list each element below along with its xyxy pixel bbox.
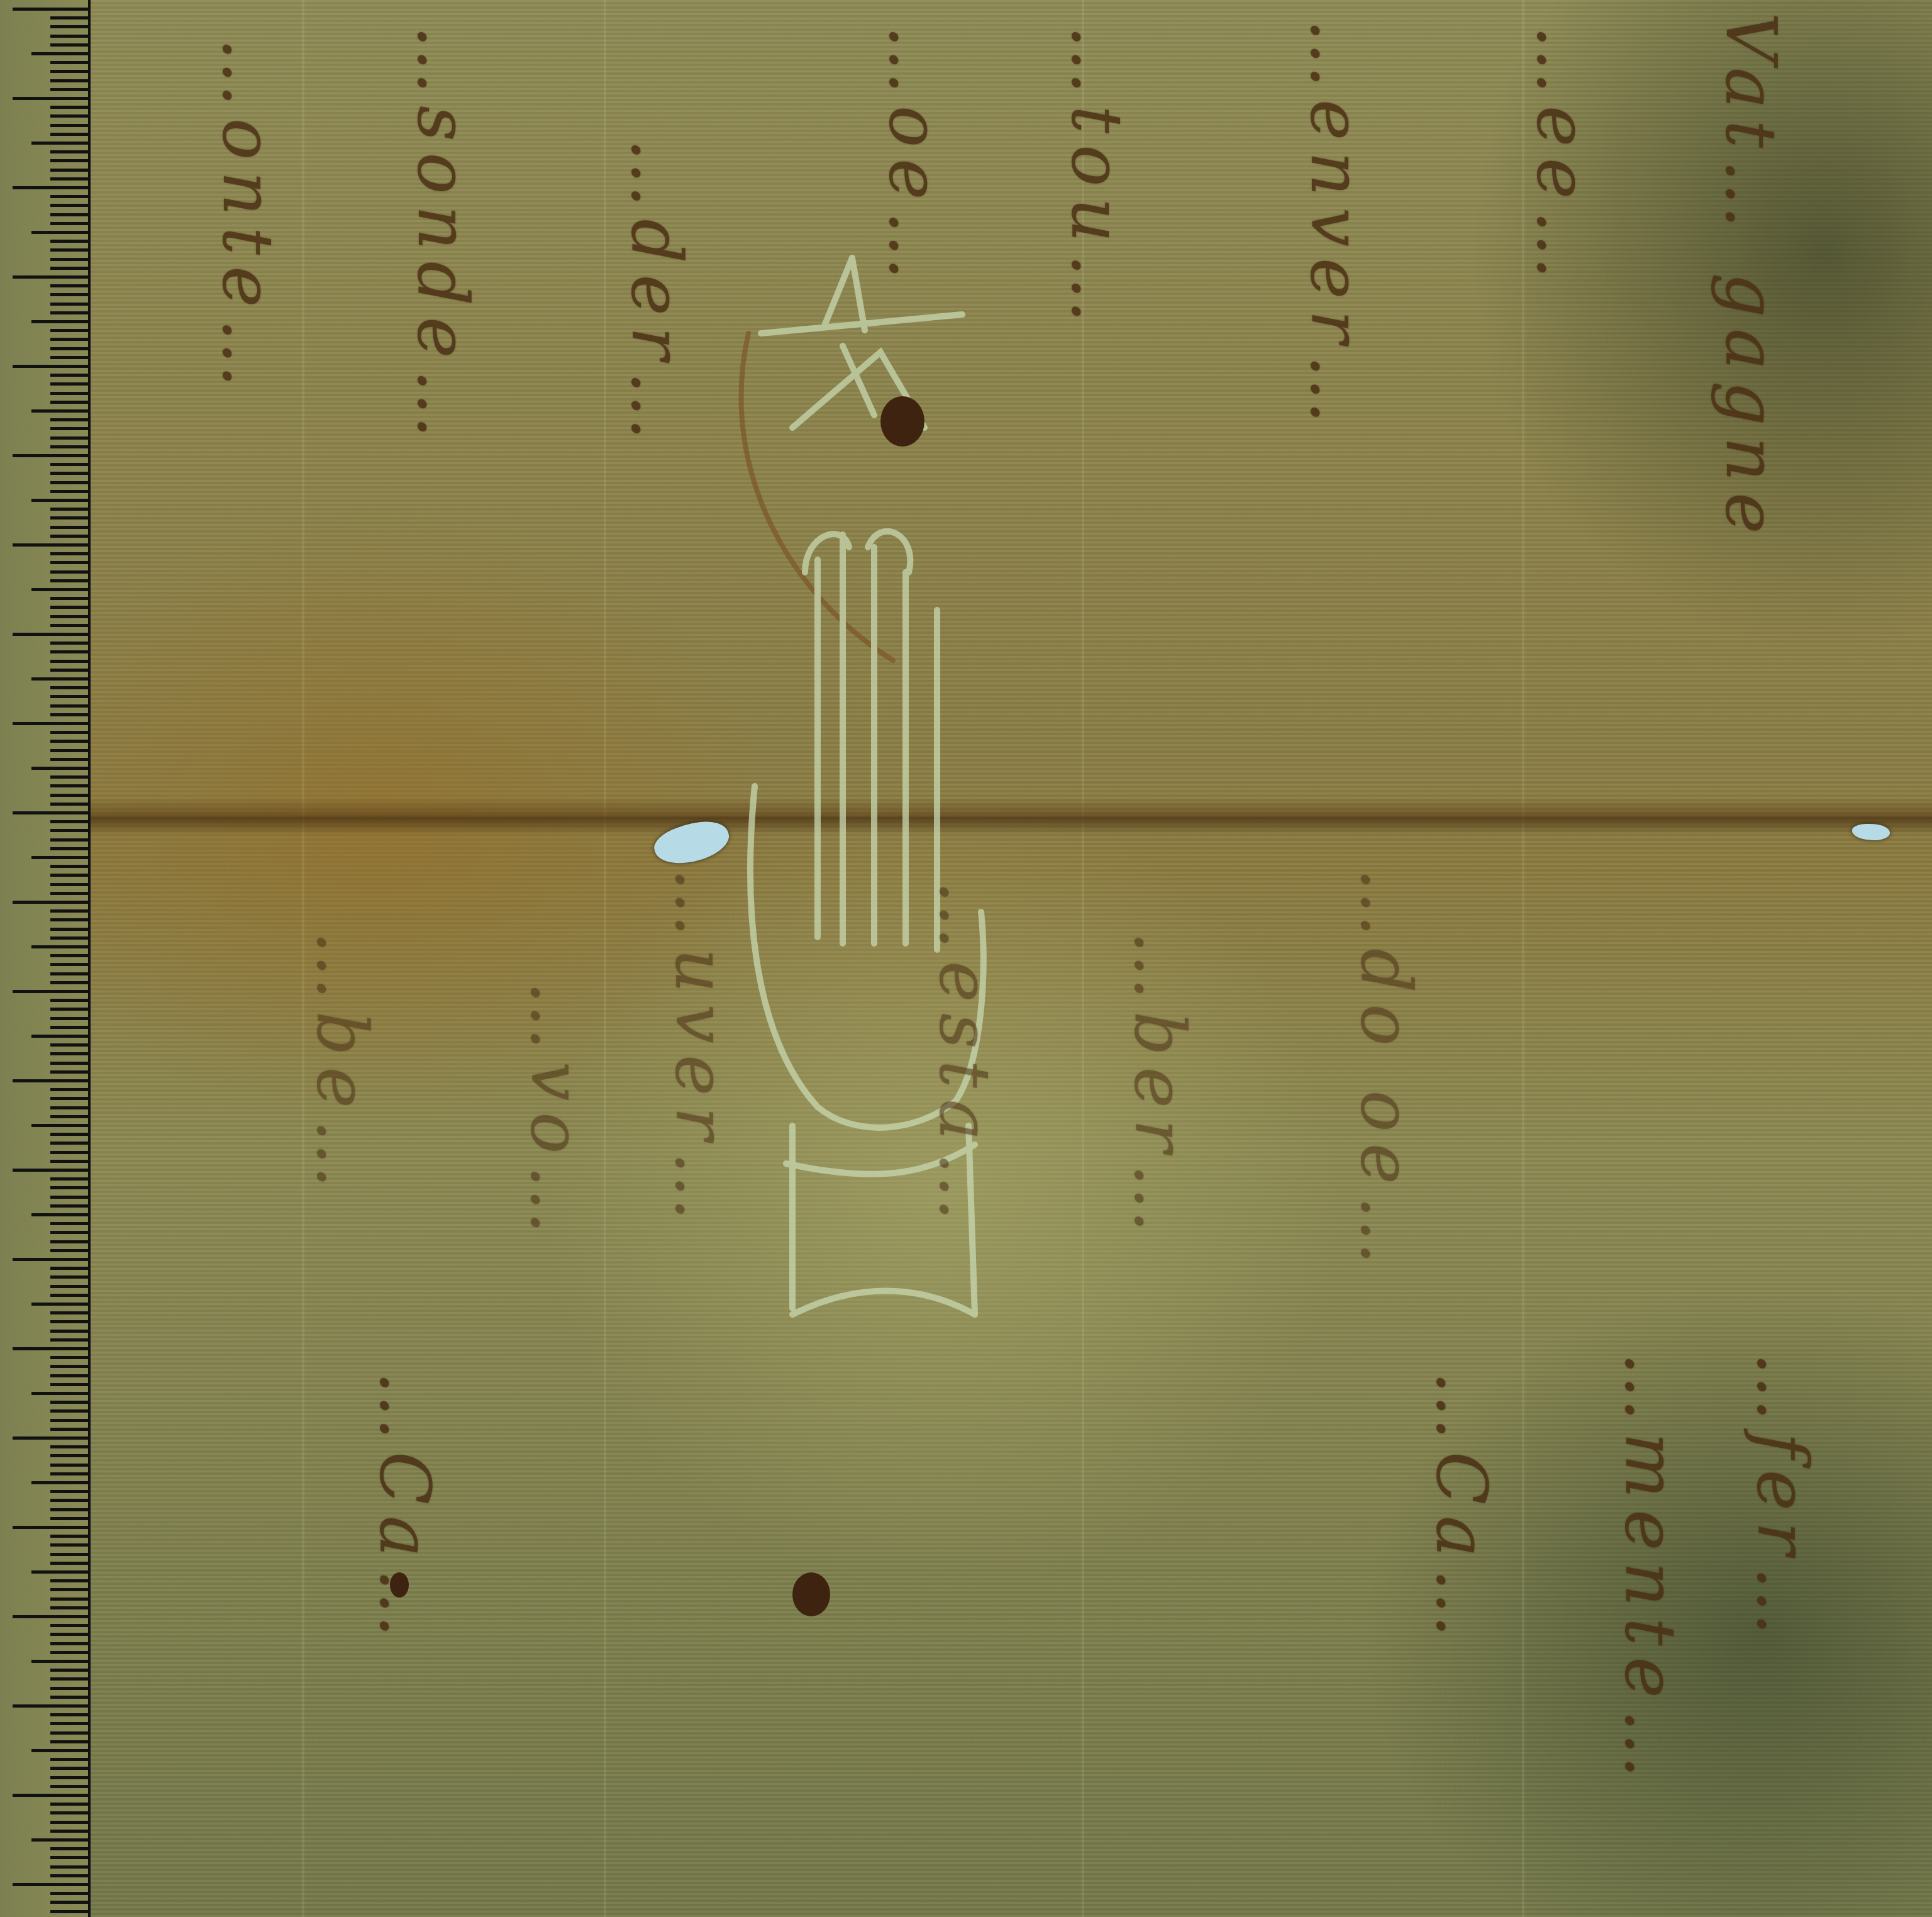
ruler-tick bbox=[31, 1124, 88, 1127]
ruler-tick bbox=[31, 588, 88, 591]
ruler-tick bbox=[50, 570, 88, 574]
ruler-tick bbox=[50, 1588, 88, 1591]
ruler-tick bbox=[50, 418, 88, 421]
ruler-tick bbox=[50, 1642, 88, 1645]
ruler-tick bbox=[13, 1079, 88, 1082]
ruler-tick bbox=[50, 1669, 88, 1672]
ruler-tick bbox=[50, 401, 88, 404]
ruler-tick bbox=[50, 356, 88, 359]
ruler-tick bbox=[50, 258, 88, 261]
manuscript-line: …do oe… bbox=[1346, 868, 1426, 1276]
ruler-tick bbox=[50, 1151, 88, 1154]
ruler-tick bbox=[13, 8, 88, 11]
ruler-tick bbox=[13, 1258, 88, 1261]
ruler-tick bbox=[50, 1553, 88, 1556]
ruler-tick bbox=[13, 1347, 88, 1350]
ruler-tick bbox=[50, 1740, 88, 1743]
ruler-tick bbox=[50, 43, 88, 47]
manuscript-line: …ee… bbox=[1522, 25, 1602, 291]
ruler-tick bbox=[50, 1696, 88, 1699]
ruler-tick bbox=[50, 508, 88, 511]
ruler-tick bbox=[50, 1043, 88, 1047]
ruler-tick bbox=[50, 1910, 88, 1913]
ruler-tick bbox=[13, 990, 88, 993]
ruler-tick bbox=[50, 347, 88, 350]
ruler-tick bbox=[50, 1160, 88, 1163]
ruler-tick bbox=[50, 1311, 88, 1314]
ruler-tick bbox=[50, 865, 88, 868]
manuscript-line: …tou… bbox=[1057, 25, 1137, 334]
ruler-tick bbox=[13, 454, 88, 457]
ruler-tick bbox=[31, 767, 88, 770]
ruler-tick bbox=[50, 1204, 88, 1208]
chain-line bbox=[604, 0, 606, 1917]
ruler-tick bbox=[31, 945, 88, 948]
ruler-tick bbox=[50, 1847, 88, 1850]
ruler-tick bbox=[50, 1365, 88, 1368]
ruler-tick bbox=[50, 1517, 88, 1520]
ruler-tick bbox=[50, 650, 88, 653]
ruler-tick bbox=[50, 758, 88, 761]
ruler-tick bbox=[50, 204, 88, 207]
manuscript-line: …onte… bbox=[208, 38, 288, 399]
ruler-tick bbox=[50, 561, 88, 564]
ruler-tick bbox=[50, 642, 88, 645]
ruler-tick bbox=[13, 1526, 88, 1529]
ruler-tick bbox=[50, 1767, 88, 1770]
ruler-tick bbox=[50, 133, 88, 136]
ruler-tick bbox=[50, 150, 88, 153]
ruler-tick bbox=[50, 526, 88, 529]
ruler-tick bbox=[50, 1267, 88, 1270]
ruler-tick bbox=[50, 794, 88, 797]
ruler-tick bbox=[31, 1838, 88, 1842]
ruler-tick bbox=[50, 909, 88, 913]
ruler-tick bbox=[50, 1758, 88, 1761]
ruler-tick bbox=[50, 1865, 88, 1869]
ruler-tick bbox=[50, 1633, 88, 1636]
ruler-tick bbox=[50, 79, 88, 82]
ruler-tick bbox=[13, 186, 88, 189]
ruler-tick bbox=[50, 686, 88, 689]
ruler-tick bbox=[50, 1651, 88, 1654]
ruler-tick bbox=[50, 936, 88, 940]
ruler-tick bbox=[31, 1570, 88, 1574]
ruler-tick bbox=[50, 1383, 88, 1386]
ruler-tick bbox=[50, 61, 88, 64]
ruler-tick bbox=[13, 722, 88, 725]
ruler-tick bbox=[50, 445, 88, 448]
ruler-tick bbox=[50, 1606, 88, 1609]
ruler-tick bbox=[50, 535, 88, 538]
ruler-tick bbox=[31, 409, 88, 413]
ruler-tick bbox=[50, 284, 88, 287]
manuscript-line: Vat… gagne bbox=[1711, 13, 1791, 545]
ruler-tick bbox=[31, 1035, 88, 1038]
ruler-tick bbox=[50, 1562, 88, 1565]
manuscript-line: …be… bbox=[302, 931, 382, 1200]
ruler-tick bbox=[50, 731, 88, 734]
ruler-tick bbox=[13, 1169, 88, 1172]
ruler-tick bbox=[50, 606, 88, 609]
ruler-tick bbox=[50, 293, 88, 296]
manuscript-line: …enver… bbox=[1296, 19, 1376, 435]
ruler-tick bbox=[13, 365, 88, 368]
ruler-tick bbox=[50, 159, 88, 162]
ruler-tick bbox=[50, 1419, 88, 1422]
ruler-tick bbox=[50, 1026, 88, 1029]
ruler-tick bbox=[50, 1285, 88, 1288]
ruler-tick bbox=[50, 597, 88, 600]
ruler-tick bbox=[50, 874, 88, 877]
ruler-tick bbox=[50, 303, 88, 306]
ruler-tick bbox=[50, 382, 88, 386]
ruler-tick bbox=[50, 1776, 88, 1779]
ruler-tick bbox=[50, 1374, 88, 1377]
ruler-tick bbox=[13, 275, 88, 279]
ruler-tick bbox=[50, 892, 88, 895]
ruler-tick bbox=[50, 999, 88, 1002]
ink-blot bbox=[792, 1572, 830, 1616]
ruler-tick bbox=[50, 70, 88, 73]
ruler-tick bbox=[50, 1535, 88, 1538]
ruler-tick bbox=[50, 740, 88, 743]
manuscript-line: …Ca… bbox=[365, 1371, 445, 1649]
ruler-tick bbox=[31, 1481, 88, 1484]
ruler-tick bbox=[31, 499, 88, 502]
ruler-tick bbox=[31, 1749, 88, 1752]
ruler-tick bbox=[50, 1464, 88, 1467]
ruler-tick bbox=[13, 1704, 88, 1708]
watermark bbox=[717, 220, 1044, 1415]
ruler-tick bbox=[50, 660, 88, 663]
ruler-tick bbox=[50, 1186, 88, 1189]
ruler-tick bbox=[31, 142, 88, 145]
ruler-tick bbox=[31, 1213, 88, 1216]
ruler-tick bbox=[50, 25, 88, 28]
ruler-tick bbox=[50, 847, 88, 850]
manuscript-line: …ber… bbox=[1119, 931, 1200, 1244]
ruler-tick bbox=[50, 972, 88, 975]
ruler-tick bbox=[50, 1472, 88, 1475]
ruler-tick bbox=[50, 1687, 88, 1690]
ruler-tick bbox=[13, 1794, 88, 1797]
ruler-tick bbox=[50, 669, 88, 672]
ruler-tick bbox=[50, 579, 88, 582]
ruler-tick bbox=[31, 677, 88, 681]
ruler-tick bbox=[50, 1543, 88, 1547]
ruler-tick bbox=[50, 35, 88, 38]
ruler-tick bbox=[31, 52, 88, 55]
ruler-tick bbox=[50, 195, 88, 198]
ruler-tick bbox=[50, 1677, 88, 1681]
ruler-tick bbox=[50, 928, 88, 931]
ruler-tick bbox=[50, 1106, 88, 1109]
ruler-tick bbox=[50, 749, 88, 752]
manuscript-line: …mente… bbox=[1610, 1352, 1690, 1790]
ruler-tick bbox=[31, 231, 88, 234]
ruler-tick bbox=[50, 829, 88, 832]
manuscript-line: …vo… bbox=[516, 981, 596, 1245]
ruler-tick bbox=[13, 633, 88, 636]
ruler-tick bbox=[50, 1062, 88, 1065]
ruler-tick bbox=[50, 1097, 88, 1100]
manuscript-line: …esta… bbox=[924, 881, 1005, 1232]
ink-blot bbox=[390, 1572, 409, 1597]
ruler-tick bbox=[50, 338, 88, 341]
ruler-tick bbox=[50, 1803, 88, 1806]
ruler-tick bbox=[50, 552, 88, 555]
ruler-tick bbox=[50, 1624, 88, 1627]
ruler-tick bbox=[50, 1231, 88, 1234]
ink-blot bbox=[880, 396, 924, 447]
ruler-tick bbox=[50, 1901, 88, 1904]
ruler-tick bbox=[50, 1892, 88, 1895]
ruler-tick bbox=[50, 267, 88, 270]
ruler-tick bbox=[50, 704, 88, 708]
ruler-tick bbox=[50, 1240, 88, 1243]
ruler-tick bbox=[50, 106, 88, 109]
ruler-tick bbox=[50, 222, 88, 225]
ruler-tick bbox=[50, 1874, 88, 1877]
ruler-tick bbox=[50, 963, 88, 966]
ruler-tick bbox=[50, 114, 88, 118]
ruler-tick bbox=[50, 615, 88, 618]
ruler-tick bbox=[50, 1499, 88, 1502]
ruler-tick bbox=[50, 918, 88, 921]
ruler-tick bbox=[50, 803, 88, 806]
ruler-tick bbox=[50, 248, 88, 252]
ruler-tick bbox=[50, 784, 88, 787]
ruler-tick bbox=[50, 1330, 88, 1333]
ruler-tick bbox=[50, 1579, 88, 1582]
ruler-tick bbox=[50, 16, 88, 19]
ruler-tick bbox=[50, 1294, 88, 1297]
ruler-tick bbox=[50, 427, 88, 430]
ruler-tick bbox=[50, 213, 88, 216]
ruler-tick bbox=[50, 1856, 88, 1859]
ruler-tick bbox=[50, 1490, 88, 1493]
ruler-tick bbox=[50, 1222, 88, 1225]
ruler-tick bbox=[50, 1088, 88, 1091]
ruler-tick bbox=[50, 177, 88, 181]
ruler-tick bbox=[13, 543, 88, 547]
ruler-tick bbox=[50, 624, 88, 627]
manuscript-line: …der… bbox=[616, 138, 697, 452]
ruler-tick bbox=[50, 1401, 88, 1404]
ruler-tick bbox=[50, 490, 88, 493]
ruler-tick bbox=[50, 169, 88, 172]
ruler-tick bbox=[31, 856, 88, 859]
ruler-tick bbox=[50, 1338, 88, 1342]
ruler-tick bbox=[31, 1660, 88, 1663]
ruler-tick bbox=[13, 97, 88, 100]
ruler-tick bbox=[50, 1008, 88, 1011]
ruler-tick bbox=[50, 124, 88, 127]
manuscript-line: …Ca… bbox=[1421, 1371, 1502, 1649]
ruler-tick bbox=[50, 954, 88, 957]
ruler-tick bbox=[31, 320, 88, 323]
ruler-tick bbox=[50, 1428, 88, 1431]
ruler-tick bbox=[50, 1275, 88, 1279]
ruler-tick bbox=[50, 392, 88, 395]
ruler-tick bbox=[31, 1303, 88, 1306]
ruler-tick bbox=[50, 374, 88, 377]
ruler-tick bbox=[50, 1070, 88, 1074]
measurement-ruler bbox=[0, 0, 91, 1917]
ruler-tick bbox=[50, 472, 88, 475]
ruler-tick bbox=[50, 1785, 88, 1788]
ruler-tick bbox=[50, 695, 88, 698]
ruler-tick bbox=[13, 1615, 88, 1618]
manuscript-line: …uver… bbox=[660, 868, 741, 1232]
ruler-tick bbox=[50, 1454, 88, 1457]
ruler-tick bbox=[50, 1115, 88, 1118]
ruler-tick bbox=[50, 516, 88, 520]
ruler-tick bbox=[50, 838, 88, 842]
ruler-tick bbox=[50, 329, 88, 332]
ruler-tick bbox=[13, 901, 88, 904]
ruler-tick bbox=[31, 1392, 88, 1395]
ruler-tick bbox=[50, 1017, 88, 1020]
ruler-tick bbox=[50, 1597, 88, 1601]
ruler-tick bbox=[50, 1508, 88, 1511]
ruler-tick bbox=[50, 1177, 88, 1181]
ruler-tick bbox=[50, 1409, 88, 1413]
ruler-tick bbox=[50, 1811, 88, 1814]
ruler-tick bbox=[50, 481, 88, 484]
ruler-tick bbox=[13, 1883, 88, 1886]
ruler-tick bbox=[50, 1731, 88, 1735]
ruler-tick bbox=[50, 1052, 88, 1055]
ruler-tick bbox=[50, 820, 88, 823]
manuscript-line: …oe… bbox=[874, 25, 955, 291]
ruler-tick bbox=[50, 436, 88, 440]
ruler-tick bbox=[50, 883, 88, 886]
ruler-tick bbox=[50, 1249, 88, 1252]
ruler-tick bbox=[50, 1196, 88, 1199]
ruler-tick bbox=[50, 1830, 88, 1833]
ruler-tick bbox=[50, 1320, 88, 1323]
ruler-tick bbox=[13, 1436, 88, 1440]
ruler-tick bbox=[50, 1713, 88, 1716]
ruler-tick bbox=[50, 1445, 88, 1448]
ruler-tick bbox=[50, 463, 88, 466]
ruler-tick bbox=[50, 775, 88, 779]
manuscript-line: …sonde… bbox=[402, 25, 483, 450]
ruler-tick bbox=[50, 981, 88, 984]
ruler-tick bbox=[50, 311, 88, 314]
ruler-tick bbox=[50, 1821, 88, 1824]
ruler-tick bbox=[50, 1142, 88, 1145]
ruler-tick bbox=[50, 88, 88, 91]
ruler-tick bbox=[50, 1722, 88, 1725]
ruler-tick bbox=[13, 811, 88, 814]
ruler-tick bbox=[50, 1133, 88, 1136]
ruler-tick bbox=[50, 1356, 88, 1359]
ruler-tick bbox=[50, 240, 88, 243]
manuscript-line: …fer… bbox=[1742, 1352, 1823, 1647]
ruler-tick bbox=[50, 713, 88, 716]
